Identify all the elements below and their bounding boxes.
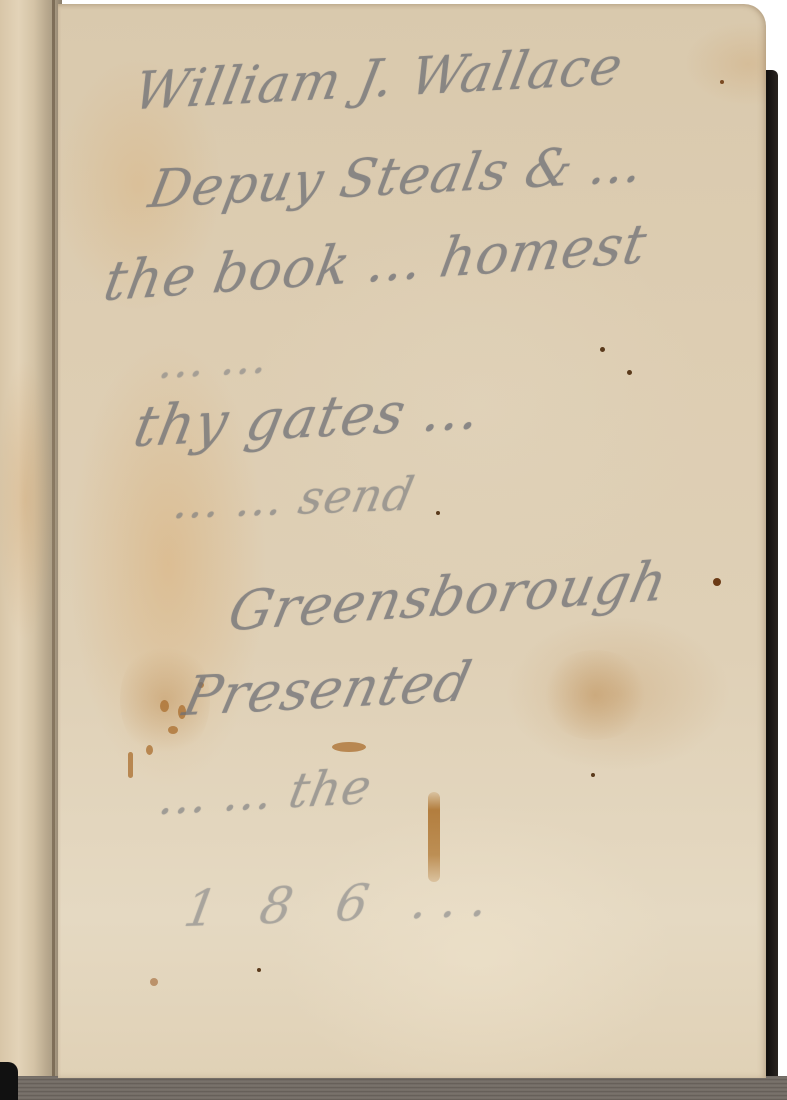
book-photo: William J. Wallace Depuy Steals & ... th… (0, 0, 787, 1100)
inscription-line: Presented (178, 650, 478, 729)
inscription-line: the book ... homest (99, 212, 652, 314)
inscription-line: ... ... (155, 329, 275, 389)
inscription-line: 1 8 6 ... (180, 869, 507, 938)
inscription-line: Depuy Steals & ... (144, 134, 649, 221)
inscription-line: ... ... send (169, 466, 419, 529)
inscription-line: William J. Wallace (129, 36, 628, 122)
inscription-line: Greensborough (223, 549, 673, 644)
inscription-line: ... ... the (154, 759, 376, 827)
pencil-inscription: William J. Wallace Depuy Steals & ... th… (0, 0, 787, 1100)
inscription-line: thy gates ... (129, 377, 487, 461)
